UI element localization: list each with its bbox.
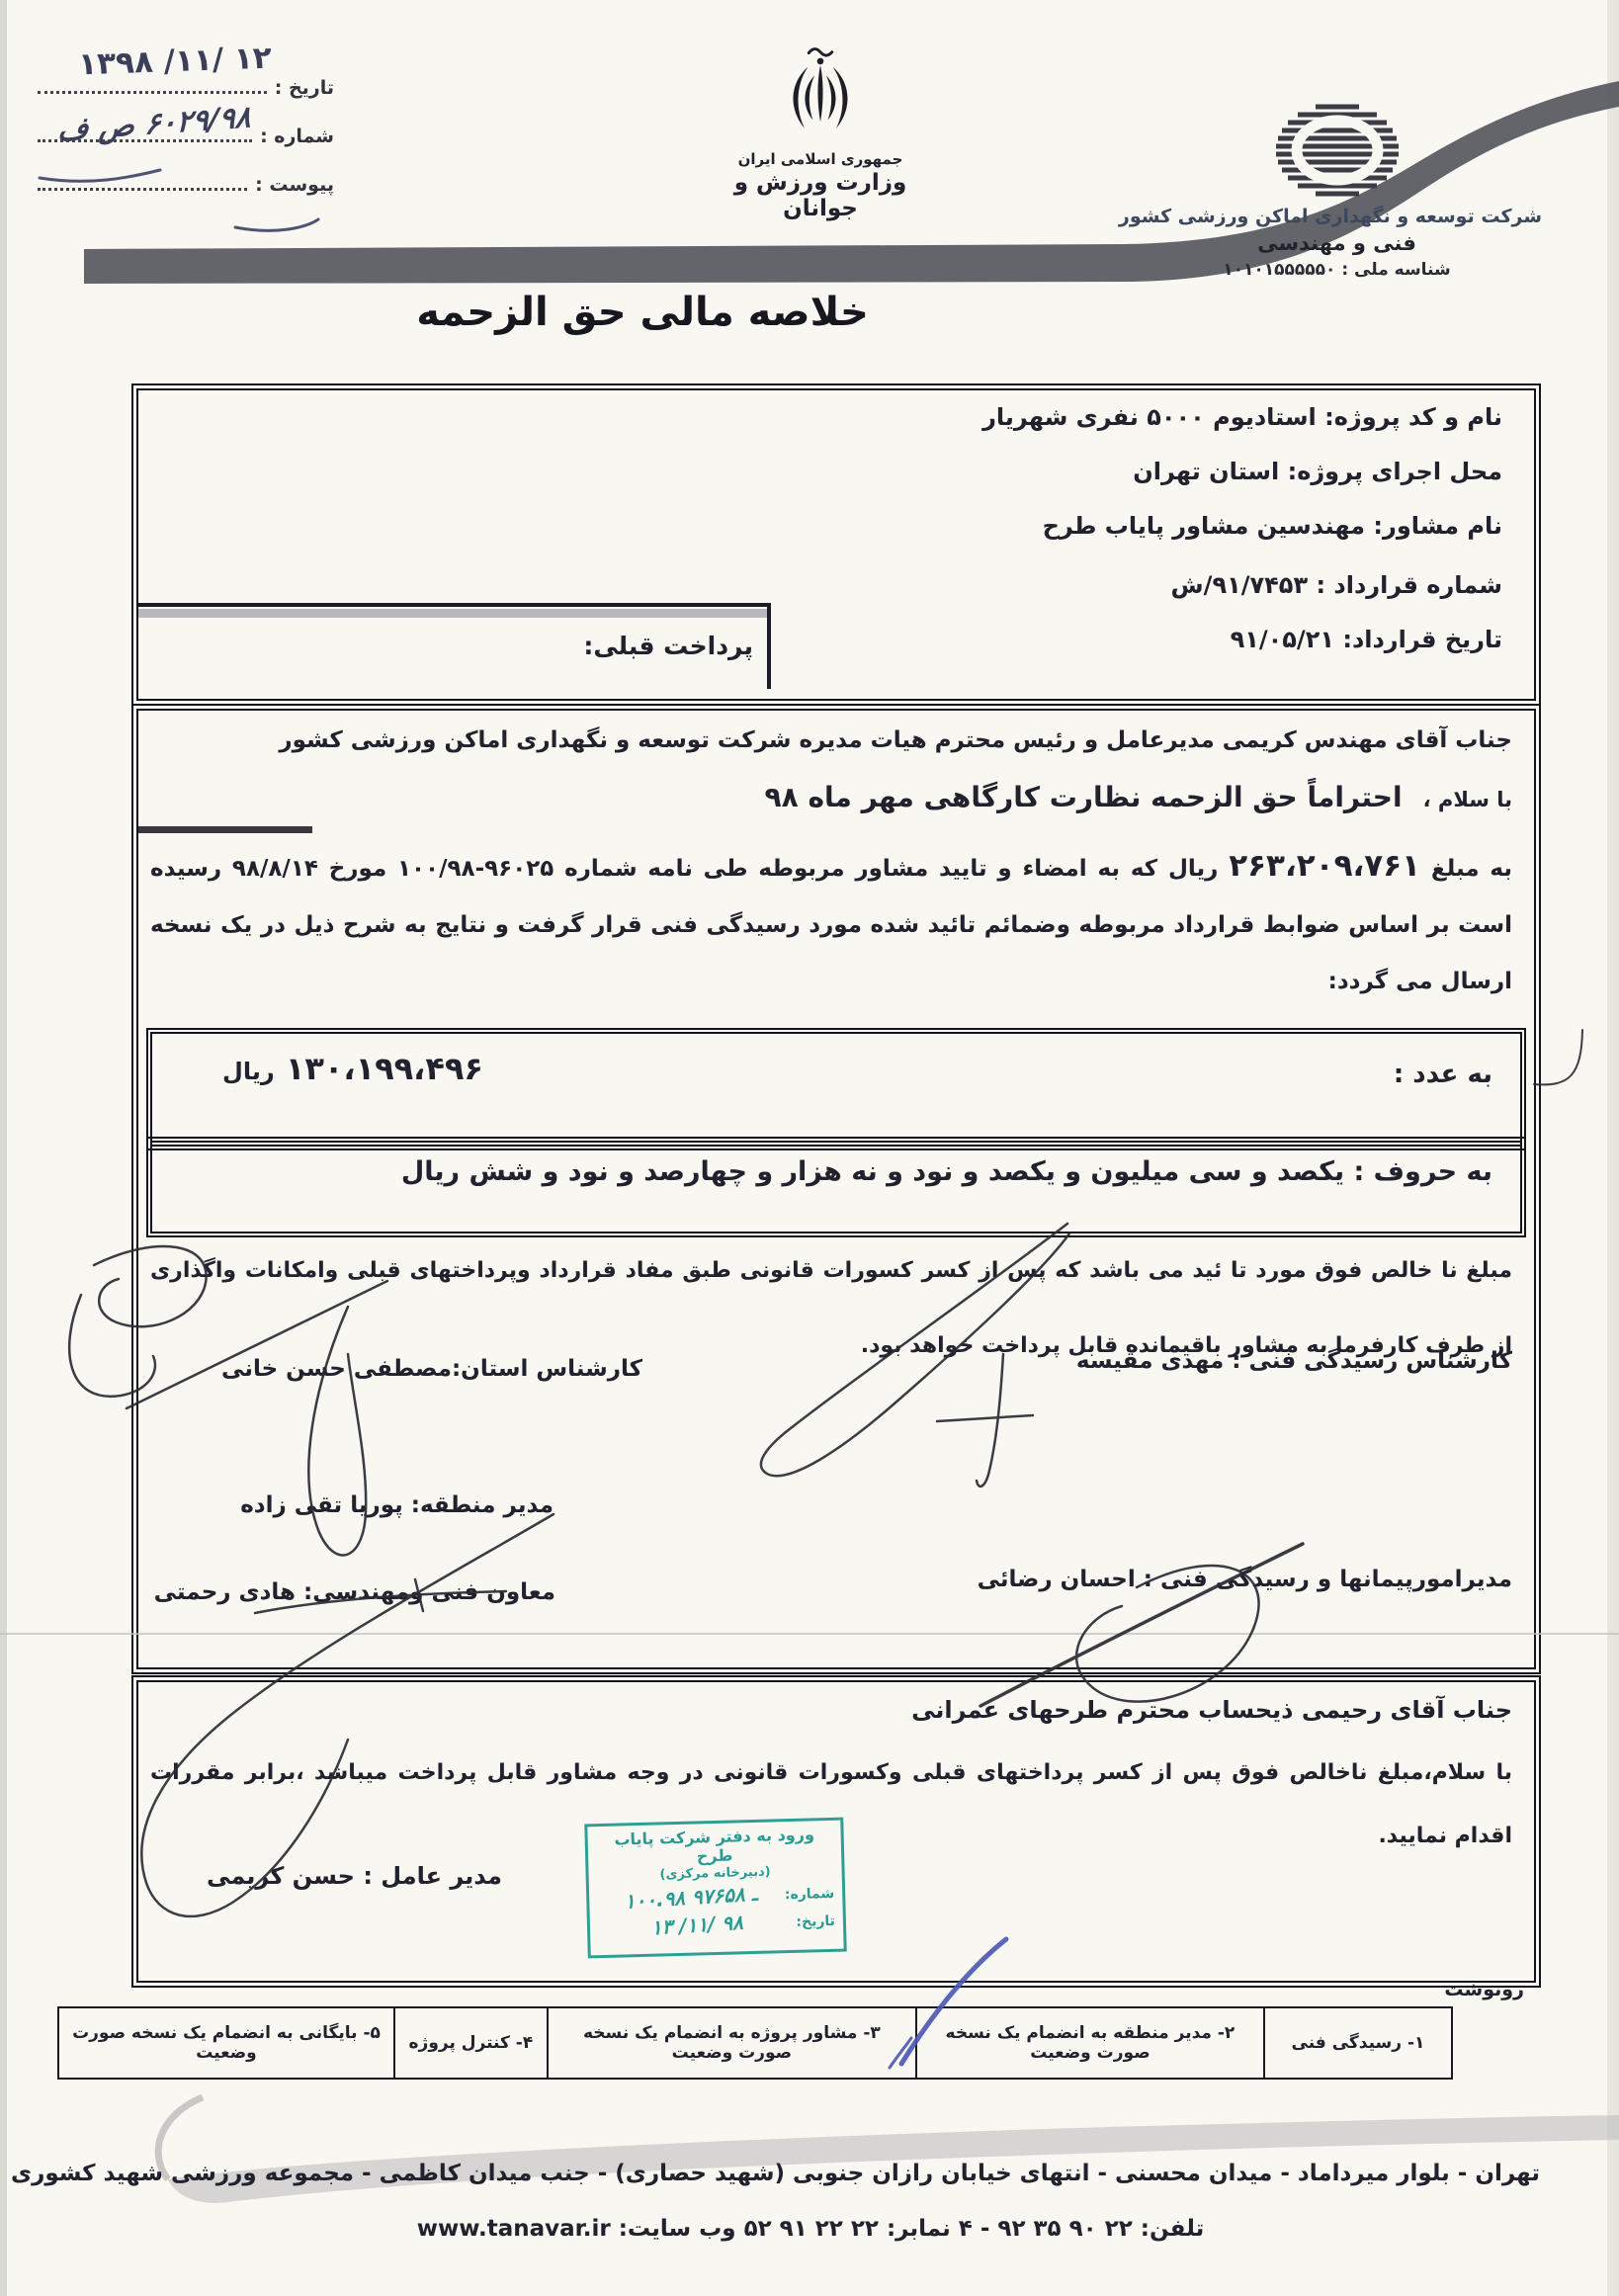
- reference-letter-number: ۱۰۰/۹۸-۹۶۰۲۵: [397, 856, 554, 882]
- registry-stamp: ورود به دفتر شرکت پایاب طرح (دبیرخانه مر…: [584, 1818, 846, 1959]
- cc-item-3: ۳- مشاور پروژه به انضمام یک نسخه صورت وض…: [547, 2008, 915, 2078]
- stamp-number-label: شماره:: [785, 1886, 835, 1903]
- net-amount-digits: ۱۳۰،۱۹۹،۴۹۶: [286, 1050, 483, 1087]
- amount-prefix: به مبلغ: [1431, 856, 1512, 882]
- company-national-id: شناسه ملی : ۱۰۱۰۱۵۵۵۵۵۰: [1132, 260, 1542, 280]
- cc-distribution-table: ۱- رسیدگی فنی ۲- مدیر منطقه به انضمام یک…: [57, 2006, 1453, 2080]
- letter-subject: احتراماً حق الزحمه نظارت کارگاهی مهر ماه…: [765, 781, 1403, 813]
- company-name: شرکت توسعه و نگهداری اماکن ورزشی کشور: [1132, 206, 1542, 227]
- signature-technical-deputy: معاون فنی ومهندسی: هادی رحمتی: [136, 1579, 555, 1605]
- scanned-letter-page: تاریخ : شماره : پیوست : ۱۳۹۸ /۱۱/ ۱۲ ۶۰۲…: [0, 0, 1619, 2296]
- numeric-amount-value: ۱۳۰،۱۹۹،۴۹۶ ریال: [222, 1050, 519, 1087]
- attachment-dotted-line: [38, 176, 247, 191]
- payment-addressee: جناب آقای رحیمی ذیحساب محترم طرحهای عمرا…: [148, 1696, 1512, 1724]
- scan-seam-line: [0, 1633, 1619, 1635]
- attachment-row: پیوست :: [38, 174, 334, 196]
- date-label: تاریخ :: [275, 77, 334, 99]
- company-division: فنی و مهندسی: [1132, 231, 1542, 255]
- cc-item-1: ۱- رسیدگی فنی: [1263, 2008, 1451, 2078]
- attachment-label: پیوست :: [255, 174, 334, 196]
- bottom-swoosh-band: [168, 2115, 1619, 2203]
- ceo-signature-label: مدیر عامل : حسن کریمی: [235, 1862, 502, 1890]
- letter-addressee: جناب آقای مهندس کریمی مدیرعامل و رئیس مح…: [148, 727, 1512, 753]
- previous-payment-box: پرداخت قبلی:: [138, 603, 771, 689]
- stamp-date-row: تاریخ: ۱۳ /۱۱/ ۹۸: [598, 1910, 836, 1939]
- ministry-line2: وزارت ورزش و جوانان: [726, 170, 914, 221]
- letter-subject-row: با سلام ، احتراماً حق الزحمه نظارت کارگا…: [148, 781, 1512, 813]
- consultant-name: نام مشاور: مهندسین مشاور پایاب طرح: [158, 512, 1502, 540]
- cc-heading: رونوشت: [1376, 1979, 1524, 2000]
- footer-contact: تلفن: ۲۲ ۹۰ ۳۵ ۹۲ - ۴ نمابر: ۲۲ ۲۲ ۹۱ ۵۲…: [237, 2216, 1384, 2242]
- stamp-line1: ورود به دفتر شرکت پایاب طرح: [595, 1825, 833, 1868]
- body-after-amount: ریال که به امضاء و تایید مشاور مربوطه طی…: [564, 856, 1218, 882]
- stamp-date-label: تاریخ:: [796, 1913, 835, 1930]
- previous-payment-label: پرداخت قبلی:: [583, 607, 753, 686]
- signature-region-manager: مدیر منطقه: پوریا تقی زاده: [198, 1492, 554, 1518]
- cc-item-5: ۵- بایگانی به انضمام یک نسخه صورت وضعیت: [59, 2008, 393, 2078]
- cc-item-4: ۴- کنترل پروژه: [393, 2008, 547, 2078]
- salutation: با سلام ،: [1423, 788, 1512, 811]
- cc-item-2: ۲- مدیر منطقه به انضمام یک نسخه صورت وضع…: [915, 2008, 1263, 2078]
- project-name: نام و کد پروژه: استادیوم ۵۰۰۰ نفری شهریا…: [158, 403, 1502, 431]
- signature-province-expert: کارشناس استان:مصطفی حسن خانی: [198, 1356, 642, 1382]
- letter-body-paragraph: به مبلغ ۲۶۳،۲۰۹،۷۶۱ ریال که به امضاء و ت…: [150, 838, 1512, 1010]
- currency-unit: ریال: [222, 1058, 275, 1085]
- project-location: محل اجرای پروژه: استان تهران: [158, 458, 1502, 485]
- contract-number: شماره قرارداد : ۹۱/۷۴۵۳/ش: [158, 571, 1502, 599]
- stamp-number-row: شماره: ۱۰۰.۹۸ ـ ۹۷۶۵۸: [597, 1882, 835, 1912]
- company-header: شرکت توسعه و نگهداری اماکن ورزشی کشور فن…: [1132, 99, 1542, 280]
- government-header: جمهوری اسلامی ایران وزارت ورزش و جوانان: [726, 45, 914, 221]
- ministry-line1: جمهوری اسلامی ایران: [726, 150, 914, 168]
- page-title: خلاصه مالی حق الزحمه: [326, 290, 959, 335]
- reference-block: تاریخ : شماره : پیوست :: [38, 77, 334, 222]
- company-logo-icon: [1263, 99, 1411, 202]
- footer-address: تهران - بلوار میرداماد - میدان محسنی - ا…: [79, 2161, 1540, 2186]
- gross-amount-figure: ۲۶۳،۲۰۹،۷۶۱: [1229, 848, 1420, 884]
- numeric-amount-box: [146, 1028, 1526, 1150]
- iran-emblem-icon: [775, 45, 866, 148]
- amount-in-words-box: [146, 1137, 1526, 1237]
- amount-in-words: به حروف : یکصد و سی میلیون و یکصد و نود …: [168, 1156, 1492, 1187]
